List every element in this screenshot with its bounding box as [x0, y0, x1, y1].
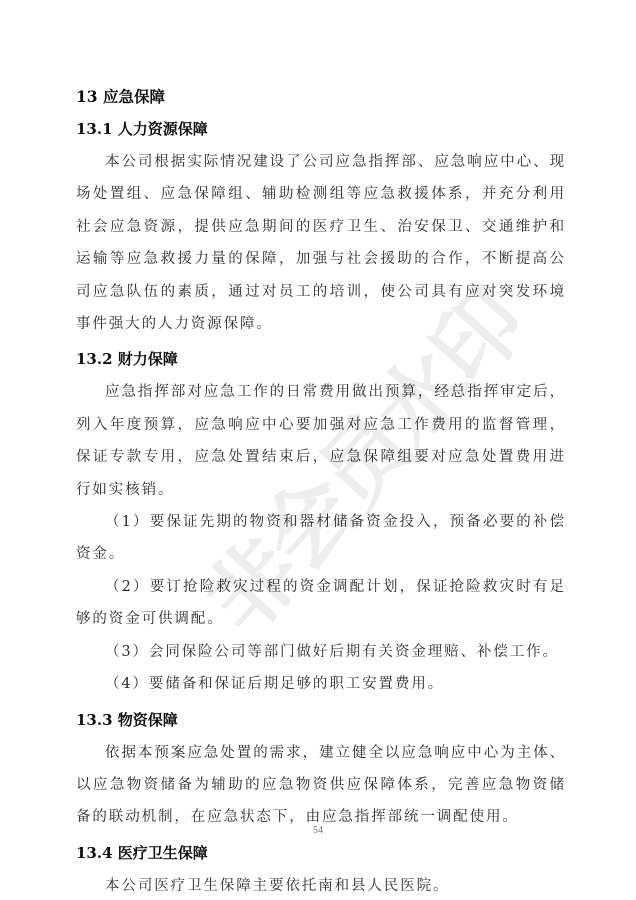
- section-heading-13-1: 13.1 人力资源保障: [76, 112, 566, 146]
- list-item-2: （2）要订抢险救灾过程的资金调配计划，保证抢险救灾时有足够的资金可供调配。: [76, 571, 566, 636]
- paragraph-medical: 本公司医疗卫生保障主要依托南和县人民医院。: [76, 870, 566, 900]
- list-item-3: （3）会同保险公司等部门做好后期有关资金理赔、补偿工作。: [76, 636, 566, 668]
- section-heading-13-3: 13.3 物资保障: [76, 703, 566, 737]
- section-heading-13-2: 13.2 财力保障: [76, 342, 566, 376]
- page-number: 54: [0, 825, 636, 836]
- paragraph-human-resources: 本公司根据实际情况建设了公司应急指挥部、应急响应中心、现场处置组、应急保障组、辅…: [76, 146, 566, 340]
- list-item-4: （4）要储备和保证后期足够的职工安置费用。: [76, 668, 566, 700]
- paragraph-financial: 应急指挥部对应急工作的日常费用做出预算，经总指挥审定后，列入年度预算，应急响应中…: [76, 376, 566, 506]
- section-heading-13-4: 13.4 医疗卫生保障: [76, 836, 566, 870]
- list-item-1: （1）要保证先期的物资和器材储备资金投入，预备必要的补偿资金。: [76, 506, 566, 571]
- paragraph-materials: 依据本预案应急处置的需求，建立健全以应急响应中心为主体、以应急物资储备为辅助的应…: [76, 737, 566, 834]
- page-content: 13 应急保障 13.1 人力资源保障 本公司根据实际情况建设了公司应急指挥部、…: [76, 82, 566, 900]
- document-page: 非会员水印 13 应急保障 13.1 人力资源保障 本公司根据实际情况建设了公司…: [0, 0, 636, 900]
- chapter-heading: 13 应急保障: [76, 82, 566, 112]
